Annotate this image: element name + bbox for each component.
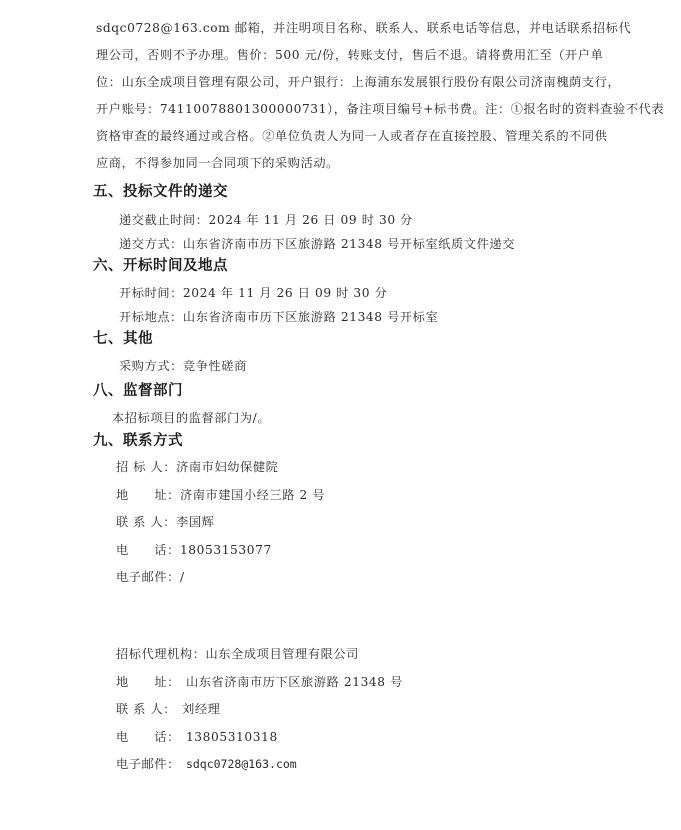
tenderer-address: 济南市建国小经三路 2 号 bbox=[180, 488, 325, 502]
intro-line-6: 应商，不得参加同一合同项下的采购活动。 bbox=[96, 155, 588, 171]
intro-line-1: sdqc0728@163.com 邮箱，并注明项目名称、联系人、联系电话等信息，… bbox=[96, 20, 588, 36]
agency-email-label: 电子邮件： bbox=[116, 756, 180, 772]
agency-address-label: 地 址： bbox=[116, 674, 180, 690]
intro-line-5: 资格审查的最终通过或合格。②单位负责人为同一人或者存在直接控股、管理关系的不同供 bbox=[96, 128, 588, 144]
intro-line-4: 开户账号：74110078801300000731），备注项目编号+标书费。注：… bbox=[96, 101, 588, 117]
submission-method: 递交方式：山东省济南市历下区旅游路 21348 号开标室纸质文件递交 bbox=[119, 236, 515, 252]
agency-phone: 13805310318 bbox=[186, 730, 278, 744]
section-8-heading: 八、监督部门 bbox=[93, 382, 183, 400]
submission-deadline: 递交截止时间：2024 年 11 月 26 日 09 时 30 分 bbox=[119, 212, 413, 228]
tenderer-contact: 李国辉 bbox=[176, 515, 214, 529]
tenderer-contact-row: 联 系 人：李国辉 bbox=[116, 514, 214, 530]
section-7-heading: 七、其他 bbox=[93, 330, 153, 348]
agency-address-row: 地 址：山东省济南市历下区旅游路 21348 号 bbox=[116, 674, 403, 690]
supervision-text: 本招标项目的监督部门为/。 bbox=[112, 410, 270, 426]
tenderer-name-row: 招 标 人：济南市妇幼保健院 bbox=[116, 459, 278, 475]
intro-line-2: 理公司，否则不予办理。售价：500 元/份，转账支付，售后不退。请将费用汇至（开… bbox=[96, 47, 588, 63]
bid-opening-time: 开标时间：2024 年 11 月 26 日 09 时 30 分 bbox=[119, 285, 387, 301]
agency-phone-row: 电 话：13805310318 bbox=[116, 729, 278, 745]
agency-name: 山东全成项目管理有限公司 bbox=[206, 647, 359, 661]
tenderer-email-row: 电子邮件：/ bbox=[116, 569, 185, 585]
tenderer-phone-label: 电 话： bbox=[116, 542, 180, 558]
section-5-heading: 五、投标文件的递交 bbox=[93, 183, 228, 201]
tenderer-name: 济南市妇幼保健院 bbox=[176, 460, 278, 474]
bid-opening-place: 开标地点：山东省济南市历下区旅游路 21348 号开标室 bbox=[119, 309, 438, 325]
tenderer-email: / bbox=[180, 570, 185, 584]
section-9-heading: 九、联系方式 bbox=[93, 432, 183, 450]
agency-email-row: 电子邮件：sdqc0728@163.com bbox=[116, 756, 297, 772]
tenderer-phone-row: 电 话：18053153077 bbox=[116, 542, 272, 558]
agency-name-label: 招标代理机构： bbox=[116, 646, 206, 662]
agency-name-row: 招标代理机构：山东全成项目管理有限公司 bbox=[116, 646, 359, 662]
intro-line-3: 位：山东全成项目管理有限公司，开户银行：上海浦东发展银行股份有限公司济南槐荫支行… bbox=[96, 74, 588, 90]
procurement-method: 采购方式：竞争性磋商 bbox=[119, 358, 247, 374]
tenderer-address-row: 地 址：济南市建国小经三路 2 号 bbox=[116, 487, 325, 503]
section-6-heading: 六、开标时间及地点 bbox=[93, 257, 228, 275]
tenderer-email-label: 电子邮件： bbox=[116, 569, 180, 585]
tenderer-phone: 18053153077 bbox=[180, 543, 272, 557]
agency-phone-label: 电 话： bbox=[116, 729, 180, 745]
agency-contact-row: 联 系 人：刘经理 bbox=[116, 701, 220, 717]
tenderer-contact-label: 联 系 人： bbox=[116, 514, 176, 530]
agency-address: 山东省济南市历下区旅游路 21348 号 bbox=[186, 675, 403, 689]
agency-email: sdqc0728@163.com bbox=[186, 757, 297, 771]
tenderer-address-label: 地 址： bbox=[116, 487, 180, 503]
agency-contact-label: 联 系 人： bbox=[116, 701, 176, 717]
agency-contact: 刘经理 bbox=[182, 702, 220, 716]
tenderer-name-label: 招 标 人： bbox=[116, 459, 176, 475]
